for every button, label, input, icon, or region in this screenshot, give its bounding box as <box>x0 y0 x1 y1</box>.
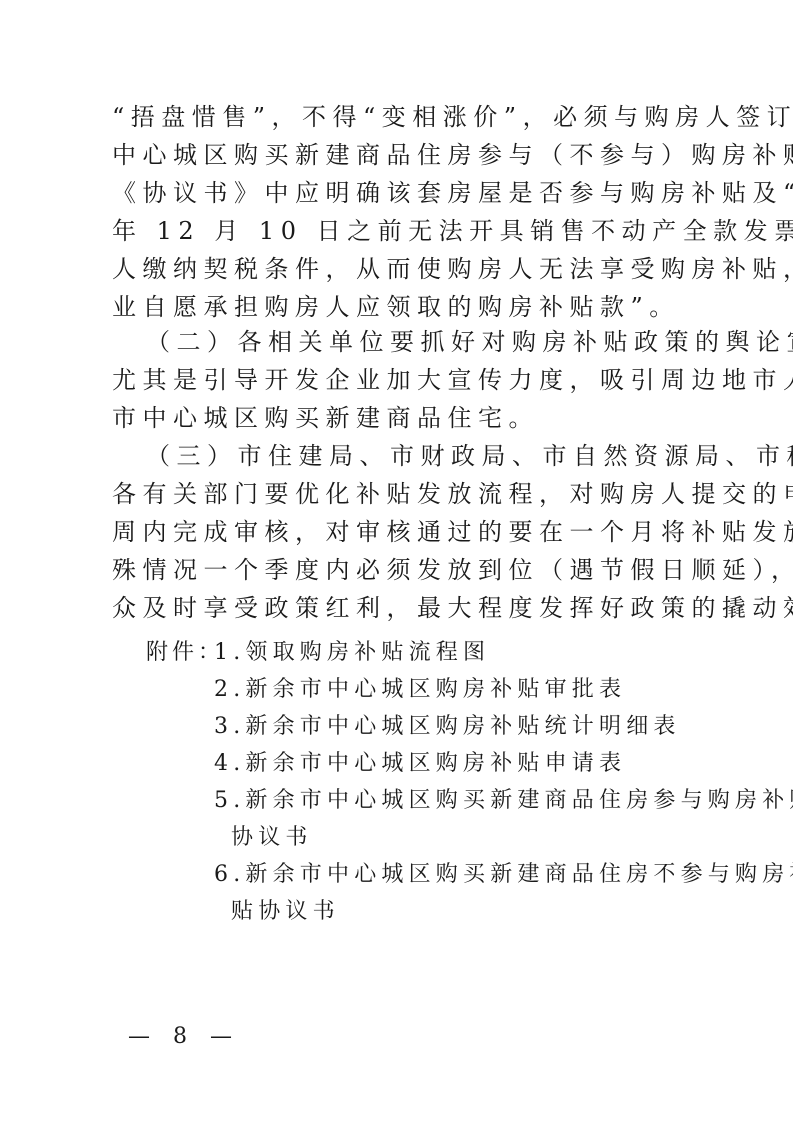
text-line: 业自愿承担购房人应领取的购房补贴款”。 <box>112 292 687 322</box>
attachment-title: 新余市中心城区购房补贴申请表 <box>245 751 626 776</box>
text-line: 《协议书》中应明确该套房屋是否参与购房补贴及“如 2026 <box>112 178 687 208</box>
attachment-number: 4. <box>214 751 245 776</box>
attachment-title: 新余市中心城区购买新建商品住房参与购房补贴 <box>245 788 793 813</box>
attachment-item: 2.新余市中心城区购房补贴审批表 <box>214 675 626 705</box>
attachment-title: 领取购房补贴流程图 <box>245 640 490 665</box>
text-line: 殊情况一个季度内必须发放到位（遇节假日顺延），让企业和群 <box>112 555 687 585</box>
attachment-number: 2. <box>214 677 245 702</box>
text-line: 众及时享受政策红利，最大程度发挥好政策的撬动效益。 <box>112 593 687 623</box>
attachment-number: 5. <box>214 788 245 813</box>
attachment-item: 1.领取购房补贴流程图 <box>214 638 490 668</box>
text-line: 人缴纳契税条件，从而使购房人无法享受购房补贴，则开发企 <box>112 254 687 284</box>
attachment-item: 3.新余市中心城区购房补贴统计明细表 <box>214 712 681 742</box>
text-line: 年 12 月 10 日之前无法开具销售不动产全款发票，不符合购房 <box>112 216 687 246</box>
text-line: 周内完成审核，对审核通过的要在一个月将补贴发放到位，特 <box>112 517 687 547</box>
attachment-item: 4.新余市中心城区购房补贴申请表 <box>214 749 626 779</box>
text-line: 各有关部门要优化补贴发放流程，对购房人提交的申请资料一 <box>112 479 687 509</box>
text-line: 中心城区购买新建商品住房参与（不参与）购房补贴协议书》， <box>112 140 687 170</box>
attachment-title: 新余市中心城区购房补贴统计明细表 <box>245 714 680 739</box>
text-line: 市中心城区购买新建商品住宅。 <box>112 403 687 433</box>
attachment-item: 6.新余市中心城区购买新建商品住房不参与购房补 <box>214 860 793 890</box>
attachment-item-continuation: 协议书 <box>231 823 313 853</box>
attachment-number: 6. <box>214 862 245 887</box>
attachment-title: 新余市中心城区购房补贴审批表 <box>245 677 626 702</box>
text-line: 尤其是引导开发企业加大宣传力度，吸引周边地市人员到新余 <box>112 365 687 395</box>
attachment-number: 1. <box>214 640 245 665</box>
text-line: （三）市住建局、市财政局、市自然资源局、市税务局等 <box>146 441 687 471</box>
text-line: （二）各相关单位要抓好对购房补贴政策的舆论宣传工作， <box>146 327 687 357</box>
attachment-number: 3. <box>214 714 245 739</box>
text-line: “捂盘惜售”，不得“变相涨价”，必须与购房人签订《新余市 <box>112 102 687 132</box>
attachment-item-continuation: 贴协议书 <box>231 897 340 927</box>
document-page: “捂盘惜售”，不得“变相涨价”，必须与购房人签订《新余市 中心城区购买新建商品住… <box>0 0 793 1122</box>
attachment-title: 新余市中心城区购买新建商品住房不参与购房补 <box>245 862 793 887</box>
attachment-item: 5.新余市中心城区购买新建商品住房参与购房补贴 <box>214 786 793 816</box>
attachments-label: 附件： <box>146 638 224 668</box>
page-number: — 8 — <box>128 1022 240 1052</box>
